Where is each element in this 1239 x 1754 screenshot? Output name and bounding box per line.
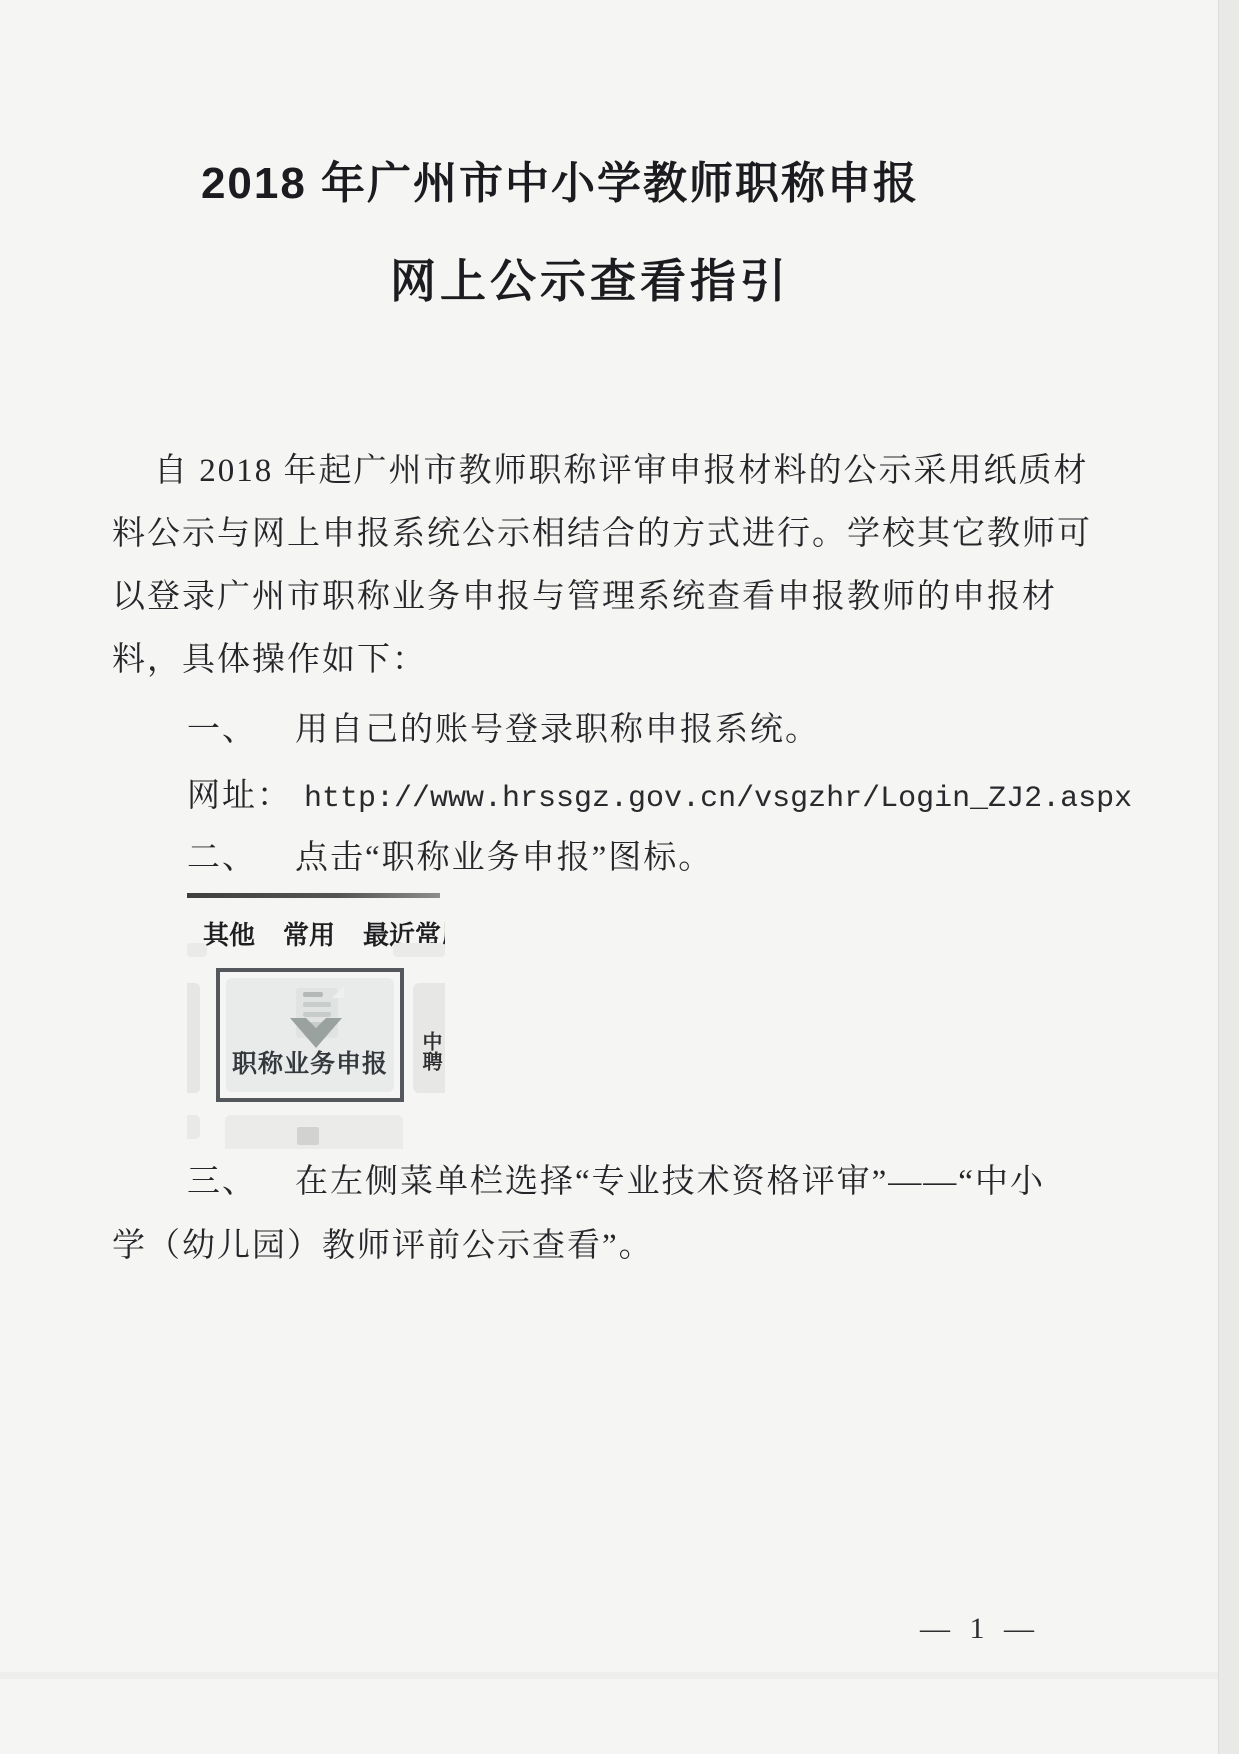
- step-1-row: 一、用自己的账号登录职称申报系统。: [187, 708, 820, 752]
- document-title-line2: 网上公示查看指引: [0, 254, 1180, 309]
- step-3-text-line2: 学（幼儿园）教师评前公示查看”。: [112, 1224, 654, 1268]
- paragraph-line: 料公示与网上申报系统公示相结合的方式进行。学校其它教师可: [112, 503, 1107, 566]
- paragraph-line: 料，具体操作如下：: [112, 629, 1107, 692]
- step-3-text-line1: 在左侧菜单栏选择“专业技术资格评审”——“中小: [295, 1164, 1045, 1200]
- step-3-number: 三、: [187, 1160, 295, 1204]
- clipped-tile-label: 中聘: [419, 1031, 440, 1071]
- screenshot-top-rule: [187, 893, 440, 898]
- clipped-left-tile: [187, 1115, 200, 1139]
- scanned-document-page: 2018 年广州市中小学教师职称申报 网上公示查看指引 自 2018 年起广州市…: [0, 0, 1239, 1754]
- page-number: — 1 —: [900, 1612, 1060, 1646]
- intro-paragraph: 自 2018 年起广州市教师职称评审申报材料的公示采用纸质材 料公示与网上申报系…: [112, 440, 1107, 692]
- step-2-row: 二、点击“职称业务申报”图标。: [187, 836, 713, 880]
- step-1-text: 用自己的账号登录职称申报系统。: [295, 712, 820, 748]
- clipped-bottom-tile: [225, 1115, 403, 1149]
- url-row: 网址：http://www.hrssgz.gov.cn/vsgzhr/Login…: [187, 774, 1132, 821]
- url-label: 网址：: [187, 778, 292, 814]
- faded-ui-remnant: [393, 943, 445, 957]
- scan-shadow-band: [0, 1672, 1239, 1679]
- icon-tile-background: 职称业务申报: [226, 978, 394, 1092]
- step-3-row: 三、在左侧菜单栏选择“专业技术资格评审”——“中小: [187, 1160, 1045, 1204]
- tab-common: 常用: [283, 915, 335, 952]
- step-2-number: 二、: [187, 836, 295, 880]
- icon-tile-label: 职称业务申报: [226, 1044, 394, 1080]
- document-line: [303, 1002, 331, 1007]
- clipped-left-tile: [187, 983, 200, 1093]
- scan-edge-shadow: [1218, 0, 1239, 1754]
- document-line: [303, 992, 323, 997]
- clipped-bottom-icon: [297, 1127, 319, 1145]
- faded-ui-remnant: [187, 943, 207, 957]
- embedded-screenshot-figure: 其他 常用 最近常用 职称业务申报: [187, 893, 445, 1149]
- step-1-number: 一、: [187, 708, 295, 752]
- document-title-line1: 2018 年广州市中小学教师职称申报: [0, 158, 1120, 211]
- title-application-icon-tile: 职称业务申报: [216, 968, 404, 1102]
- paragraph-line: 自 2018 年起广州市教师职称评审申报材料的公示采用纸质材: [112, 440, 1107, 503]
- paragraph-line: 以登录广州市职称业务申报与管理系统查看申报教师的申报材: [112, 566, 1107, 629]
- clipped-right-tile: 中聘: [413, 983, 445, 1093]
- tab-other: 其他: [203, 915, 255, 952]
- step-2-text: 点击“职称业务申报”图标。: [295, 840, 713, 876]
- login-url-text: http://www.hrssgz.gov.cn/vsgzhr/Login_ZJ…: [304, 782, 1132, 816]
- document-fold-corner: [332, 986, 344, 998]
